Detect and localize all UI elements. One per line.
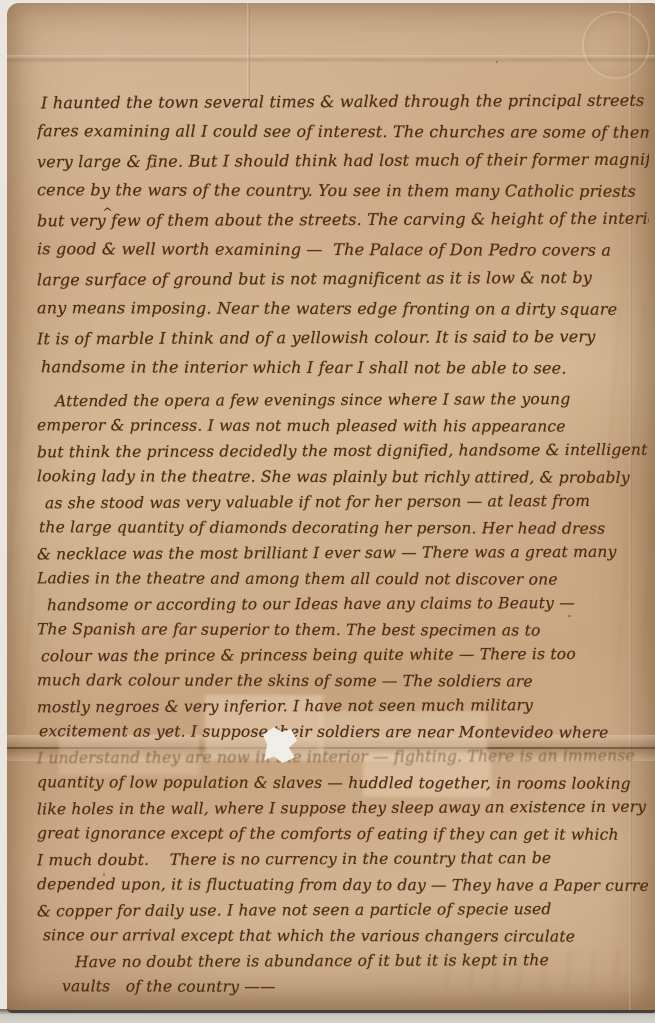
letter-line: depended upon, it is fluctuating from da… xyxy=(37,872,649,899)
letter-line: vaults of the country —— xyxy=(37,974,649,1001)
letter-line: Have no doubt there is abundance of it b… xyxy=(37,948,649,976)
letter-line: any means imposing. Near the waters edge… xyxy=(37,293,649,324)
letter-line: The Spanish are far superior to them. Th… xyxy=(37,617,649,644)
letter-paragraph-2: Attended the opera a few evenings since … xyxy=(37,388,649,1000)
letter-line: I understand they are now in the interio… xyxy=(37,744,649,772)
letter-line: but think the princess decidedly the mos… xyxy=(37,438,649,466)
letter-line: It is of marble I think and of a yellowi… xyxy=(37,322,649,354)
letter-line: I much doubt. There is no currency in th… xyxy=(37,846,649,874)
letter-line: excitement as yet. I suppose their soldi… xyxy=(37,719,649,746)
letter-line: the large quantity of diamonds decoratin… xyxy=(37,515,649,542)
letter-line: mostly negroes & very inferior. I have n… xyxy=(37,693,649,721)
letter-line: like holes in the wall, where I suppose … xyxy=(37,795,649,823)
letter-line: handsome in the interior which I fear I … xyxy=(37,352,649,383)
letter-line: I haunted the town several times & walke… xyxy=(37,86,649,118)
letter-line: & necklace was the most brilliant I ever… xyxy=(37,540,649,568)
letter-line: looking lady in the theatre. She was pla… xyxy=(37,464,649,491)
letter-line: handsome or according to our Ideas have … xyxy=(37,591,649,619)
letter-line: but very few of them about the streets. … xyxy=(37,204,649,236)
letter-text: I haunted the town several times & walke… xyxy=(37,87,649,1000)
scanned-letter: ^ I haunted the town several times & wal… xyxy=(0,0,655,1023)
ink-bleedthrough xyxy=(7,395,33,725)
letter-line: is good & well worth examining — The Pal… xyxy=(37,234,649,265)
ink-speck xyxy=(496,61,498,63)
paper-watermark xyxy=(582,11,650,79)
letter-line: large surface of ground but is not magni… xyxy=(37,263,649,295)
letter-line: Attended the opera a few evenings since … xyxy=(37,387,649,415)
letter-page: ^ I haunted the town several times & wal… xyxy=(7,3,655,1013)
letter-line: Ladies in the theatre and among them all… xyxy=(37,566,649,593)
letter-line: & copper for daily use. I have not seen … xyxy=(37,897,649,925)
letter-line: as she stood was very valuable if not fo… xyxy=(37,489,649,517)
letter-paragraph-1: I haunted the town several times & walke… xyxy=(37,87,649,382)
letter-line: much dark colour under the skins of some… xyxy=(37,668,649,695)
letter-line: emperor & princess. I was not much pleas… xyxy=(37,413,649,440)
letter-line: cence by the wars of the country. You se… xyxy=(37,175,649,206)
paper-crease-top xyxy=(7,55,655,63)
letter-line: since our arrival except that which the … xyxy=(37,923,649,950)
letter-line: very large & fine. But I should think ha… xyxy=(37,145,649,177)
letter-line: colour was the prince & princess being q… xyxy=(37,642,649,670)
letter-line: great ignorance except of the comforts o… xyxy=(37,821,649,848)
paper-hole xyxy=(263,727,297,763)
letter-line: fares examining all I could see of inter… xyxy=(37,116,649,147)
letter-line: quantity of low population & slaves — hu… xyxy=(37,770,649,797)
